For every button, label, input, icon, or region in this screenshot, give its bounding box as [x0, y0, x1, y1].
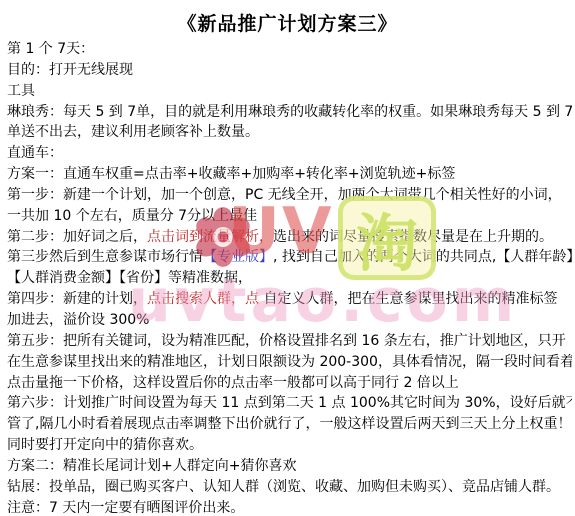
text-segment: 点击词到流量解析， — [147, 229, 273, 245]
text-segment: 选出来的词尽量搜索指数尽量是在上升期的。 — [273, 229, 553, 245]
text-line: 方案一：直通车权重=点击率+收藏率+加购率+转化率+浏览轨迹+标签 — [7, 164, 572, 185]
text-segment: 一共加 10 个左右，质量分 7分以上最佳 — [7, 208, 257, 224]
text-line: 工具 — [7, 81, 572, 102]
text-segment: 点击量拖一下价格，这样设置后你的点击率一般都可以高于同行 2 倍以上 — [7, 375, 459, 391]
text-line: 第四步：新建的计划，点击搜索人群，点 自定义人群，把在生意参谋里找出来的精准标签 — [7, 289, 572, 310]
text-segment: , 找到自己加入的两个大词的共同点,【人群年龄】 — [273, 249, 572, 265]
text-segment: 第三步然后到生意参谋市场行情 — [7, 249, 203, 265]
text-segment: 管了,隔几小时看着展现点击率调整下出价就行了，一般这样设置后两天到三天上分上权重… — [7, 416, 571, 432]
text-line: 第三步然后到生意参谋市场行情【专业版】, 找到自己加入的两个大词的共同点,【人群… — [7, 247, 572, 268]
text-line: 第二步：加好词之后，点击词到流量解析，选出来的词尽量搜索指数尽量是在上升期的。 — [7, 227, 572, 248]
text-segment: 自定义人群，把在生意参谋里找出来的精准标签 — [259, 291, 557, 307]
text-segment: 工具 — [7, 83, 35, 99]
text-line: 方案二：精准长尾词计划+人群定向+猜你喜欢 — [7, 456, 572, 477]
text-segment: 【专业版】 — [203, 249, 273, 265]
text-line: 琳琅秀：每天 5 到 7单，目的就是利用琳琅秀的收藏转化率的权重。如果琳琅秀每天… — [7, 102, 572, 123]
text-segment: 加进去，溢价设 300% — [7, 312, 149, 328]
text-segment: 注意：7 天内一定要有晒图评价出来。 — [7, 500, 244, 516]
text-segment: 钻展：投单品，圈已购买客户、认知人群（浏览、收藏、加购但未购买）、竞品店铺人群。 — [7, 479, 560, 495]
text-line: 钻展：投单品，圈已购买客户、认知人群（浏览、收藏、加购但未购买）、竞品店铺人群。 — [7, 477, 572, 498]
text-line: 单送不出去，建议利用老顾客补上数量。 — [7, 122, 572, 143]
text-segment: 单送不出去，建议利用老顾客补上数量。 — [7, 124, 259, 140]
text-segment: 方案二：精准长尾词计划+人群定向+猜你喜欢 — [7, 458, 296, 474]
text-line: 第 1 个 7天： — [7, 39, 572, 60]
text-line: 【人群消费金额】【省份】等精准数据， — [7, 268, 572, 289]
text-segment: 第六步：计划推广时间设置为每天 11 点到第二天 1 点 100%其它时间为 3… — [7, 395, 572, 411]
document-body: 第 1 个 7天：目的：打开无线展现工具琳琅秀：每天 5 到 7单，目的就是利用… — [7, 39, 572, 516]
text-segment: 在生意参谋里找出来的精准地区，计划日限额设为 200-300，具体看情况，隔一段… — [7, 354, 572, 370]
document-page: 《新品推广计划方案三》 第 1 个 7天：目的：打开无线展现工具琳琅秀：每天 5… — [0, 0, 575, 516]
text-line: 在生意参谋里找出来的精准地区，计划日限额设为 200-300，具体看情况，隔一段… — [7, 352, 572, 373]
text-segment: 第一步：新建一个计划，加一个创意，PC 无线全开，加两个大词带几个相关性好的小词… — [7, 187, 562, 203]
text-line: 目的：打开无线展现 — [7, 60, 572, 81]
page-title: 《新品推广计划方案三》 — [0, 0, 575, 36]
text-line: 第五步：把所有关键词，设为精准匹配，价格设置排名到 16 条左右，推广计划地区，… — [7, 331, 572, 352]
text-segment: 直通车： — [7, 145, 63, 161]
text-segment: 方案一：直通车权重=点击率+收藏率+加购率+转化率+浏览轨迹+标签 — [7, 166, 455, 182]
text-segment: 第五步：把所有关键词，设为精准匹配，价格设置排名到 16 条左右，推广计划地区，… — [7, 333, 566, 349]
text-segment: 点击搜索人群，点 — [147, 291, 259, 307]
text-segment: 同时要打开定向中的猜你喜欢。 — [7, 437, 203, 453]
text-segment: 第 1 个 7天： — [7, 41, 94, 57]
text-line: 第六步：计划推广时间设置为每天 11 点到第二天 1 点 100%其它时间为 3… — [7, 393, 572, 414]
text-segment: 【人群消费金额】【省份】等精准数据， — [7, 270, 252, 286]
text-line: 管了,隔几小时看着展现点击率调整下出价就行了，一般这样设置后两天到三天上分上权重… — [7, 414, 572, 435]
text-line: 注意：7 天内一定要有晒图评价出来。 — [7, 498, 572, 516]
text-line: 直通车： — [7, 143, 572, 164]
text-segment: 目的：打开无线展现 — [7, 62, 133, 78]
text-segment: 第二步：加好词之后， — [7, 229, 147, 245]
text-line: 第一步：新建一个计划，加一个创意，PC 无线全开，加两个大词带几个相关性好的小词… — [7, 185, 572, 206]
text-line: 点击量拖一下价格，这样设置后你的点击率一般都可以高于同行 2 倍以上 — [7, 373, 572, 394]
text-line: 一共加 10 个左右，质量分 7分以上最佳 — [7, 206, 572, 227]
text-segment: 第四步：新建的计划， — [7, 291, 147, 307]
text-line: 同时要打开定向中的猜你喜欢。 — [7, 435, 572, 456]
text-line: 加进去，溢价设 300% — [7, 310, 572, 331]
text-segment: 琳琅秀：每天 5 到 7单，目的就是利用琳琅秀的收藏转化率的权重。如果琳琅秀每天… — [7, 104, 572, 120]
